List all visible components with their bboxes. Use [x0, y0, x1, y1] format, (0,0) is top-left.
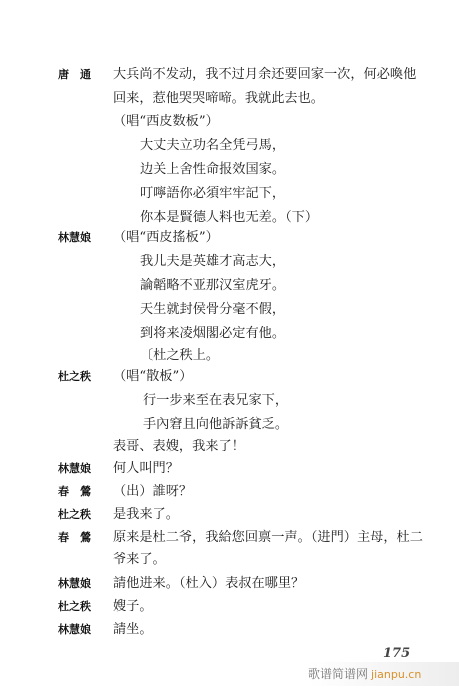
- verse-text: 你本是賢德人料也无差。（下）: [140, 207, 318, 229]
- verse-line: 行一步来至在表兄家下，: [0, 390, 459, 412]
- dialogue-text: 回来，惹他哭哭啼啼。我就此去也。: [113, 88, 324, 110]
- page-number: 175: [383, 646, 410, 661]
- dialogue-line: 杜之秩 （唱“散板”）: [0, 366, 459, 388]
- dialogue-line: 唐 通 大兵尚不发动，我不过月余还要回家一次，何必喚他: [0, 64, 459, 86]
- dialogue-line: 春 鶯 原来是杜二爷，我給您回禀一声。（进門）主母，杜二: [0, 527, 459, 549]
- verse-line: 你本是賢德人料也无差。（下）: [0, 207, 459, 229]
- verse-text: 我儿夫是英雄才高志大，: [140, 251, 285, 273]
- verse-line: 我儿夫是英雄才高志大，: [0, 251, 459, 273]
- dialogue-line: 春 鶯 （出）誰呀？: [0, 481, 459, 503]
- dialogue-text: （出）誰呀？: [113, 481, 192, 503]
- dialogue-text: 嫂子。: [113, 596, 153, 618]
- verse-line: 手內窘且向他訴訴貧乏。: [0, 414, 459, 436]
- verse-text: 天生就封侯骨分毫不假，: [140, 299, 285, 321]
- verse-line: 大丈夫立功名全凭弓馬，: [0, 135, 459, 157]
- stage-direction: （唱“西皮数板”）: [0, 111, 459, 133]
- watermark-cn-text: 歌谱简谱网: [308, 667, 368, 681]
- verse-text: 到将来凌烟閣必定有他。: [140, 323, 285, 345]
- dialogue-line: 爷来了。: [0, 549, 459, 571]
- verse-text: 論韜略不亚那汉室虎牙。: [140, 275, 285, 297]
- dialogue-line: 林慧娘 請坐。: [0, 619, 459, 641]
- verse-text: 行一步来至在表兄家下，: [143, 390, 288, 412]
- dialogue-text: 表哥、表嫂，我来了！: [113, 436, 245, 458]
- dialogue-text: 爷来了。: [113, 549, 166, 571]
- dialogue-text: 何人叫門？: [113, 458, 179, 480]
- speaker-label: 杜之秩: [58, 504, 102, 526]
- watermark-url-text: jianpu.cn: [371, 668, 421, 681]
- dialogue-text: 請他进来。（杜入）表叔在哪里？: [113, 573, 304, 595]
- verse-text: 边关上舍性命报效国家。: [140, 159, 285, 181]
- dialogue-line: 林慧娘 請他进来。（杜入）表叔在哪里？: [0, 573, 459, 595]
- verse-line: 叮嚀語你必須牢牢記下，: [0, 183, 459, 205]
- speaker-label: 春 鶯: [58, 481, 102, 503]
- stage-direction: 〔杜之秩上。: [0, 345, 459, 367]
- site-watermark: 歌谱简谱网jianpu.cn: [308, 662, 459, 686]
- dialogue-line: 林慧娘 何人叫門？: [0, 458, 459, 480]
- singing-direction: （唱“西皮搖板”）: [113, 227, 219, 249]
- verse-line: 边关上舍性命报效国家。: [0, 159, 459, 181]
- verse-line: 論韜略不亚那汉室虎牙。: [0, 275, 459, 297]
- verse-text: 叮嚀語你必須牢牢記下，: [140, 183, 285, 205]
- singing-direction: （唱“西皮数板”）: [113, 111, 219, 133]
- dialogue-line: 表哥、表嫂，我来了！: [0, 436, 459, 458]
- verse-text: 大丈夫立功名全凭弓馬，: [140, 135, 285, 157]
- dialogue-text: 是我来了。: [113, 504, 179, 526]
- speaker-label: 唐 通: [58, 64, 102, 86]
- dialogue-line: 林慧娘 （唱“西皮搖板”）: [0, 227, 459, 249]
- singing-direction: （唱“散板”）: [113, 366, 192, 388]
- dialogue-text: 原来是杜二爷，我給您回禀一声。（进門）主母，杜二: [113, 527, 423, 549]
- speaker-label: 杜之秩: [58, 596, 102, 618]
- dialogue-text: 請坐。: [113, 619, 153, 641]
- speaker-label: 春 鶯: [58, 527, 102, 549]
- dialogue-line: 杜之秩 是我来了。: [0, 504, 459, 526]
- speaker-label: 林慧娘: [58, 573, 102, 595]
- entrance-direction: 〔杜之秩上。: [140, 345, 219, 367]
- dialogue-line: 杜之秩 嫂子。: [0, 596, 459, 618]
- verse-line: 天生就封侯骨分毫不假，: [0, 299, 459, 321]
- dialogue-line: 回来，惹他哭哭啼啼。我就此去也。: [0, 88, 459, 110]
- speaker-label: 林慧娘: [58, 458, 102, 480]
- verse-text: 手內窘且向他訴訴貧乏。: [143, 414, 288, 436]
- script-page: 唐 通 大兵尚不发动，我不过月余还要回家一次，何必喚他 回来，惹他哭哭啼啼。我就…: [0, 0, 459, 690]
- speaker-label: 林慧娘: [58, 619, 102, 641]
- verse-line: 到将来凌烟閣必定有他。: [0, 323, 459, 345]
- speaker-label: 杜之秩: [58, 366, 102, 388]
- speaker-label: 林慧娘: [58, 227, 102, 249]
- dialogue-text: 大兵尚不发动，我不过月余还要回家一次，何必喚他: [113, 64, 416, 86]
